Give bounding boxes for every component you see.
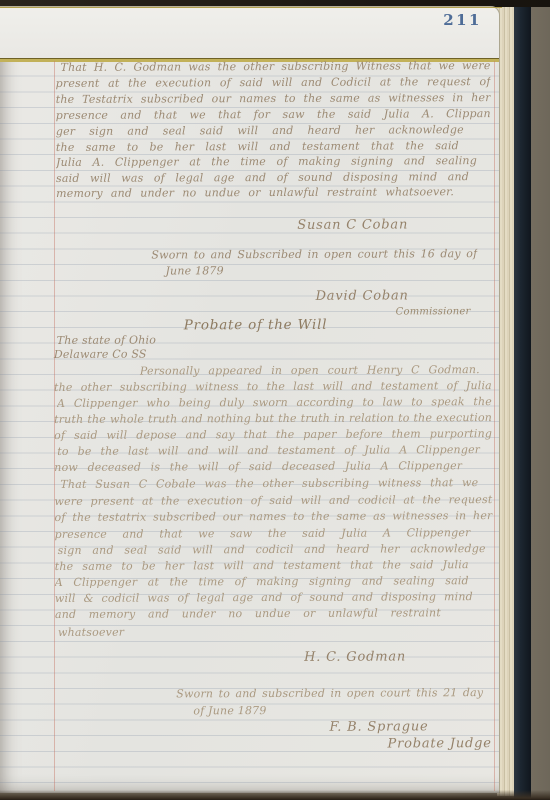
manuscript-line: whatsoever (58, 626, 124, 639)
manuscript-line: Probate Judge (387, 736, 491, 751)
manuscript-line: Delaware Co SS (54, 348, 147, 361)
manuscript-line: ger sign and seal said will and heard he… (56, 123, 464, 141)
manuscript-line: Personally appeared in open court Henry … (140, 363, 480, 380)
manuscript-line: of June 1879 (193, 704, 266, 717)
manuscript-line: now deceased is the will of said decease… (54, 459, 462, 477)
manuscript-line: presence and that we that for saw the sa… (56, 107, 491, 125)
manuscript-line: Probate of the Will (184, 317, 328, 334)
manuscript-line: present at the execution of said will an… (56, 75, 491, 93)
manuscript-line: That Susan C Cobale was the other subscr… (60, 476, 478, 494)
manuscript-line: truth the whole truth and nothing but th… (54, 411, 492, 429)
manuscript-line: H. C. Godman (304, 649, 406, 664)
manuscript-layer: That H. C. Godman was the other subscrib… (0, 0, 550, 800)
manuscript-line: June 1879 (165, 264, 223, 277)
manuscript-line: Sworn to and Subscribed in open court th… (151, 247, 477, 264)
manuscript-line: sign and seal said will and codicil and … (58, 542, 486, 560)
manuscript-line: the Testatrix subscribed our names to th… (56, 91, 491, 109)
manuscript-line: That H. C. Godman was the other subscrib… (61, 59, 491, 77)
manuscript-line: were present at the execution of said wi… (54, 493, 492, 511)
manuscript-line: to be the last will and will and testame… (57, 443, 480, 461)
manuscript-line: presence and that we saw the said Julia … (55, 526, 471, 544)
manuscript-line: memory and under no undue or unlawful re… (56, 185, 454, 203)
manuscript-line: the same to be her last will and testame… (55, 558, 469, 576)
manuscript-line: Julia A. Clippenger at the time of makin… (56, 154, 477, 172)
record-book-photo: 211 That H. C. Godman was the other subs… (0, 0, 550, 800)
manuscript-line: David Coban (316, 288, 409, 303)
manuscript-line: Commissioner (396, 306, 471, 317)
manuscript-line: Sworn to and subscribed in open court th… (176, 686, 483, 703)
manuscript-line: The state of Ohio (57, 334, 156, 347)
manuscript-line: and memory and under no undue or unlawfu… (55, 606, 441, 624)
manuscript-line: Susan C Coban (297, 217, 408, 232)
manuscript-line: will & codicil was of legal age and of s… (55, 590, 473, 608)
manuscript-line: F. B. Sprague (329, 719, 428, 734)
manuscript-line: A Clippenger who being duly sworn accord… (57, 395, 492, 413)
book-bottom-edge (0, 790, 550, 800)
manuscript-line: of the testatrix subscribed our names to… (54, 509, 492, 527)
manuscript-line: A Clippenger at the time of making signi… (55, 574, 469, 592)
manuscript-line: of said will depose and say that the pap… (54, 427, 492, 445)
manuscript-line: the other subscribing witness to the las… (54, 379, 492, 397)
